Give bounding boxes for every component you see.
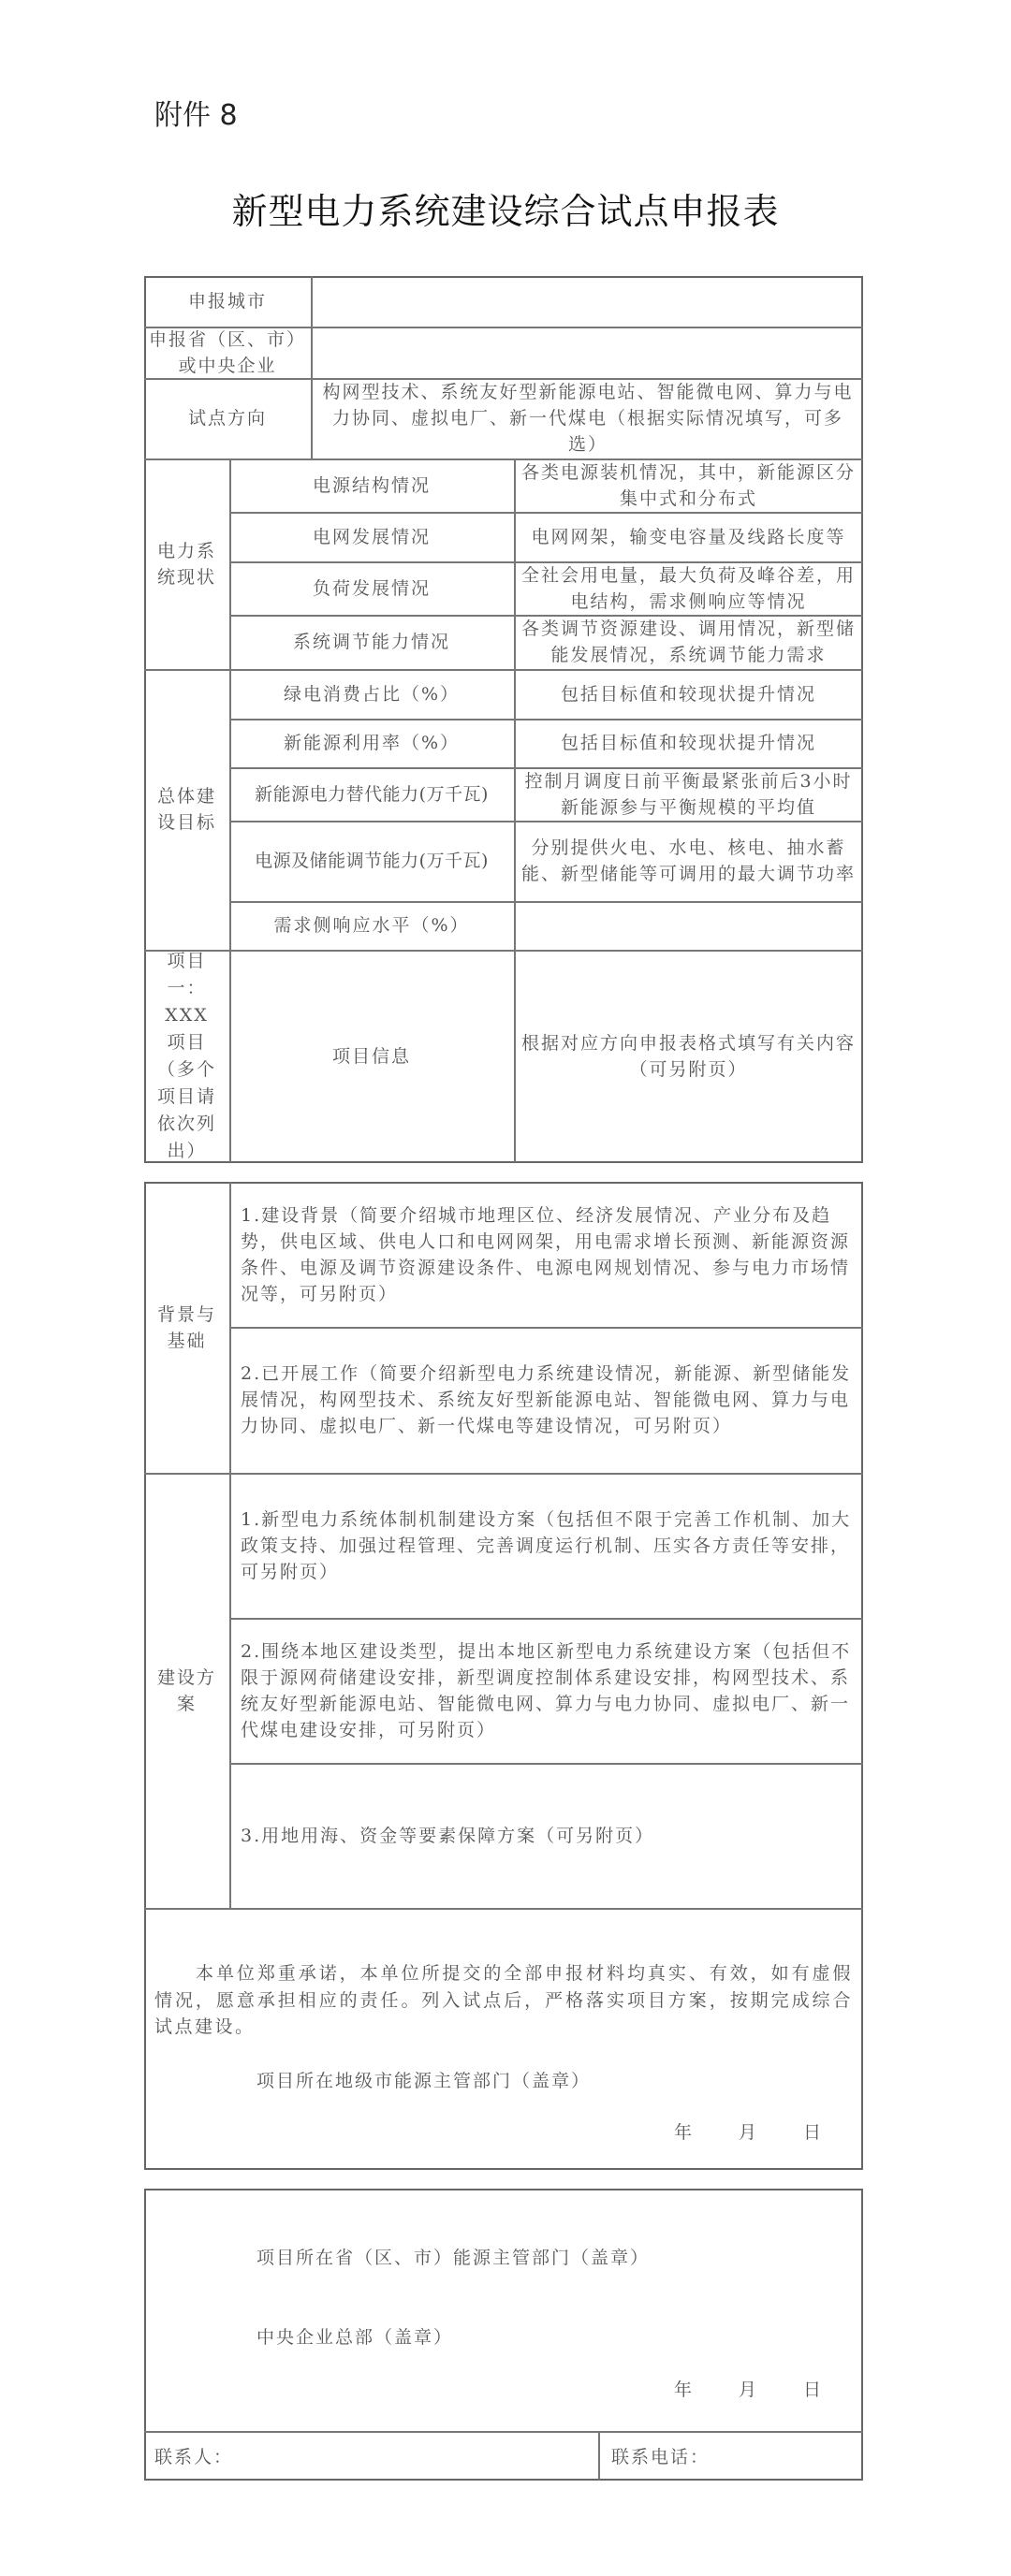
plan-item[interactable]: 2.围绕本地区建设类型，提出本地区新型电力系统建设方案（包括但不限于源网荷储建设…: [231, 1618, 863, 1763]
approval-table: [144, 2189, 863, 2481]
city-signature-date[interactable]: 年月日: [674, 2118, 868, 2144]
plan-section-label: 建设方案: [144, 1473, 229, 1908]
direction-label: 试点方向: [144, 378, 311, 458]
status-desc[interactable]: 全社会用电量，最大负荷及峰谷差，用电结构，需求侧响应等情况: [514, 561, 863, 615]
date-year: 年: [674, 2376, 694, 2401]
province-label: 申报省（区、市）或中央企业: [144, 327, 311, 378]
contact-phone-input[interactable]: [725, 2443, 857, 2467]
plan-item[interactable]: 3.用地用海、资金等要素保障方案（可另附页）: [231, 1763, 863, 1908]
goal-item: 电源及储能调节能力(万千瓦): [229, 821, 514, 901]
status-item: 系统调节能力情况: [229, 615, 514, 669]
status-desc[interactable]: 电网网架，输变电容量及线路长度等: [514, 512, 863, 561]
contact-person-input[interactable]: [253, 2443, 590, 2467]
status-section-label: 电力系统现状: [144, 458, 229, 669]
project-item: 项目信息: [229, 950, 514, 1162]
contact-phone-label: 联系电话：: [611, 2443, 710, 2468]
date-year: 年: [674, 2118, 694, 2144]
plan-item[interactable]: 1.新型电力系统体制机制建设方案（包括但不限于完善工作机制、加大政策支持、加强过…: [231, 1473, 863, 1618]
date-month: 月: [739, 2118, 758, 2144]
date-month: 月: [739, 2376, 758, 2401]
province-signature-label: 项目所在省（区、市）能源主管部门（盖章）: [256, 2244, 650, 2269]
goal-desc[interactable]: [514, 901, 863, 950]
divider: [144, 1908, 863, 1910]
declaration-text: 本单位郑重承诺，本单位所提交的全部申报材料均真实、有效，如有虚假情况，愿意承担相…: [154, 1960, 853, 2041]
divider: [598, 2431, 600, 2480]
approval-date[interactable]: 年月日: [674, 2376, 868, 2401]
status-item: 电源结构情况: [229, 458, 514, 512]
background-section-label: 背景与基础: [144, 1182, 229, 1473]
city-input[interactable]: [313, 278, 861, 327]
background-item[interactable]: 1.建设背景（简要介绍城市地理区位、经济发展情况、产业分布及趋势，供电区域、供电…: [231, 1182, 863, 1327]
status-desc[interactable]: 各类电源装机情况，其中，新能源区分集中式和分布式: [514, 458, 863, 512]
city-label: 申报城市: [144, 276, 311, 327]
goals-section-label: 总体建设目标: [144, 669, 229, 950]
province-input[interactable]: [313, 328, 861, 378]
attachment-label: 附件 8: [154, 92, 238, 133]
date-day: 日: [803, 2118, 823, 2144]
enterprise-signature-label: 中央企业总部（盖章）: [256, 2323, 453, 2349]
status-item: 负荷发展情况: [229, 561, 514, 615]
divider: [144, 2431, 863, 2433]
goal-item: 需求侧响应水平（%）: [229, 901, 514, 950]
goal-desc[interactable]: 包括目标值和较现状提升情况: [514, 719, 863, 767]
status-item: 电网发展情况: [229, 512, 514, 561]
status-desc[interactable]: 各类调节资源建设、调用情况，新型储能发展情况，系统调节能力需求: [514, 615, 863, 669]
goal-item: 新能源利用率（%）: [229, 719, 514, 767]
date-day: 日: [803, 2376, 823, 2401]
goal-desc[interactable]: 分别提供火电、水电、核电、抽水蓄能、新型储能等可调用的最大调节功率: [514, 821, 863, 901]
page-title: 新型电力系统建设综合试点申报表: [0, 182, 1011, 234]
goal-desc[interactable]: 包括目标值和较现状提升情况: [514, 669, 863, 719]
city-signature-label: 项目所在地级市能源主管部门（盖章）: [256, 2067, 591, 2092]
goal-desc[interactable]: 控制月调度日前平衡最紧张前后3小时新能源参与平衡规模的平均值: [514, 767, 863, 821]
background-item[interactable]: 2.已开展工作（简要介绍新型电力系统建设情况，新能源、新型储能发展情况，构网型技…: [231, 1327, 863, 1473]
direction-value[interactable]: 构网型技术、系统友好型新能源电站、智能微电网、算力与电力协同、虚拟电厂、新一代煤…: [313, 378, 863, 458]
project-section-label: 项目一：XXX项目（多个项目请依次列出）: [144, 950, 229, 1162]
goal-item: 新能源电力替代能力(万千瓦): [229, 767, 514, 821]
goal-item: 绿电消费占比（%）: [229, 669, 514, 719]
contact-person-label: 联系人：: [154, 2443, 233, 2468]
project-desc[interactable]: 根据对应方向申报表格式填写有关内容（可另附页）: [514, 950, 863, 1162]
